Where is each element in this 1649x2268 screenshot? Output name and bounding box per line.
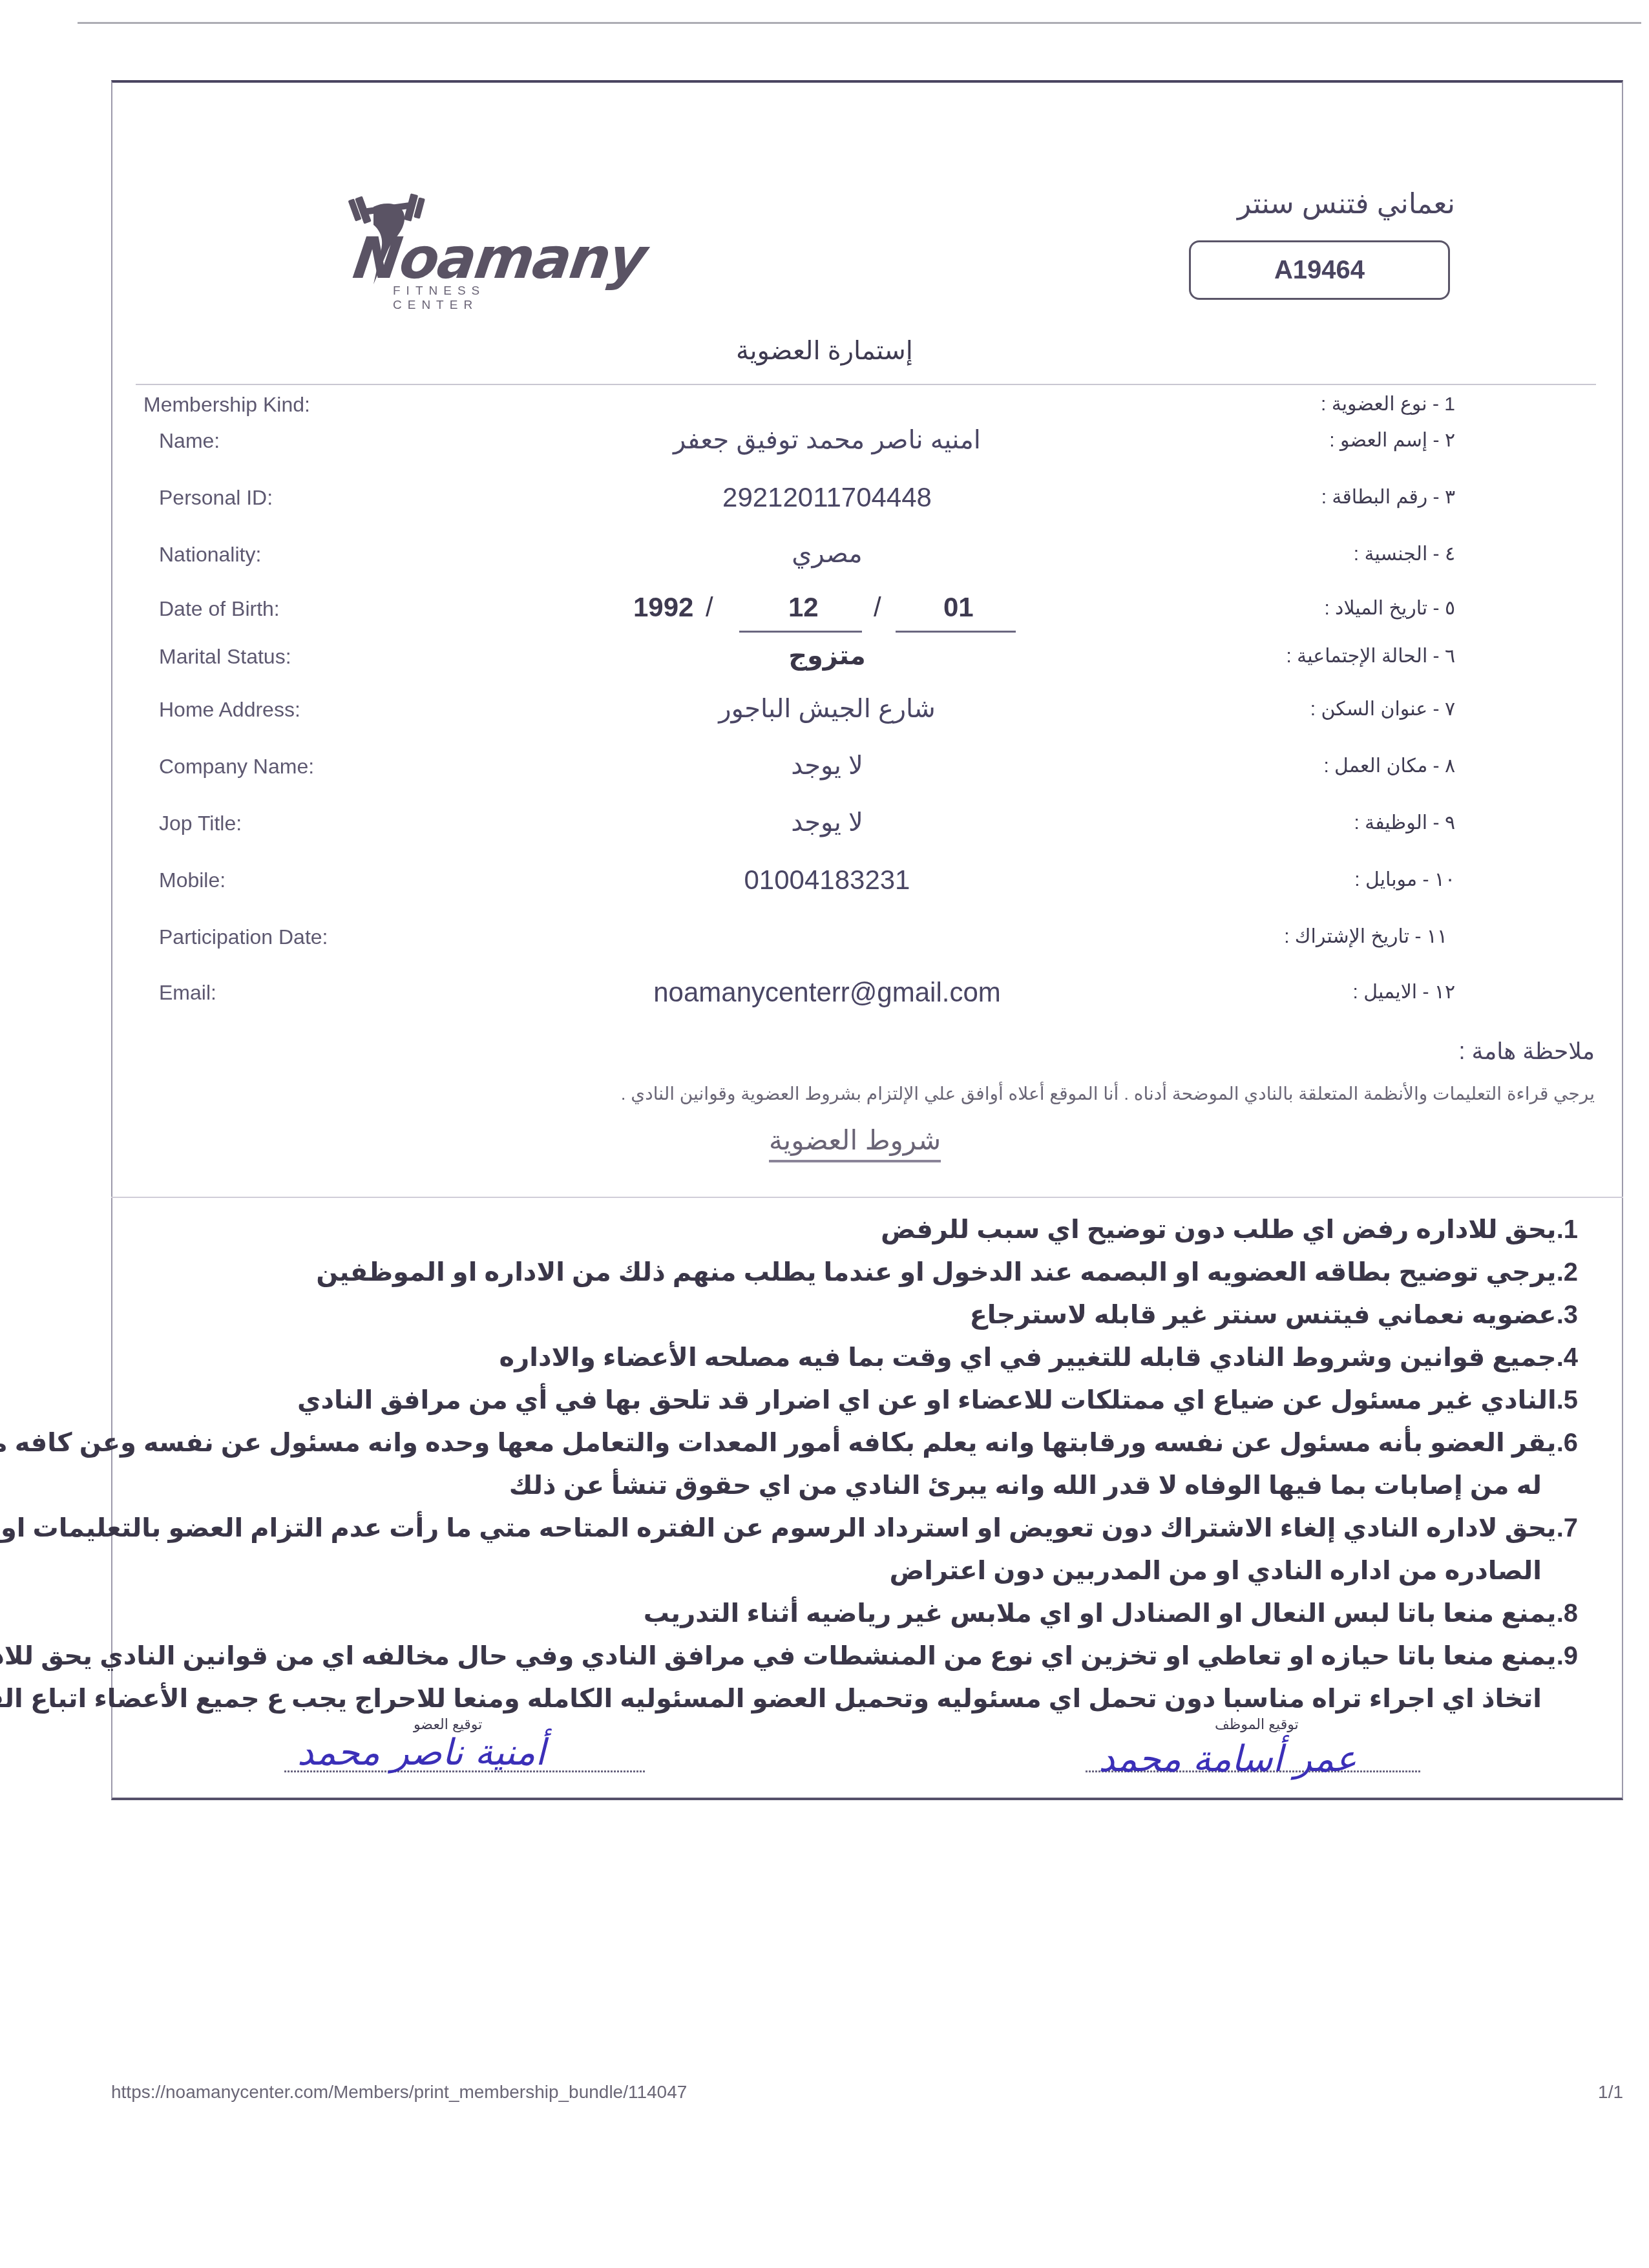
field-nationality: Nationality: مصري ٤ - الجنسية :: [0, 543, 1649, 582]
note-text: يرجي قراءة التعليمات والأنظمة المتعلقة ب…: [621, 1083, 1595, 1104]
label-en: Company Name:: [159, 755, 314, 779]
term-continuation: الصادره من اداره النادي او من المدربين د…: [92, 1549, 1578, 1592]
note-heading: ملاحظة هامة :: [1459, 1038, 1595, 1065]
label-en: Home Address:: [159, 698, 300, 722]
logo-wordmark: Noamany: [350, 225, 650, 291]
term-item: 6.يقر العضو بأنه مسئول عن نفسه ورقابتها …: [92, 1422, 1578, 1507]
label-en: Membership Kind:: [143, 393, 310, 417]
form-title: إستمارة العضوية: [0, 336, 1649, 366]
term-continuation: اتخاذ اي اجراء تراه مناسبا دون تحمل اي م…: [92, 1677, 1578, 1720]
field-marital-status: Marital Status: متزوج ٦ - الحالة الإجتما…: [0, 645, 1649, 684]
staff-signature: عمر أسامة محمد: [1098, 1738, 1357, 1780]
term-text: عضويه نعماني فيتنس سنتر غير قابله لاسترج…: [969, 1301, 1556, 1329]
label-ar: 1 - نوع العضوية :: [1321, 393, 1455, 415]
field-company-name: Company Name: لا يوجد ٨ - مكان العمل :: [0, 755, 1649, 793]
label-en: Name:: [159, 429, 220, 453]
label-ar: ٩ - الوظيفة :: [1354, 812, 1455, 834]
dob-month: 12: [788, 592, 819, 623]
term-text: النادي غير مسئول عن ضياع اي ممتلكات للاع…: [297, 1386, 1557, 1414]
term-text: يحق لاداره النادي إلغاء الاشتراك دون تعو…: [0, 1514, 1557, 1542]
terms-list: 1.يحق للاداره رفض اي طلب دون توضيح اي سب…: [92, 1208, 1578, 1720]
label-ar: ١٠ - موبايل :: [1354, 868, 1455, 891]
label-ar: ١٢ - الايميل :: [1353, 981, 1455, 1003]
term-item: 2.يرجي توضيح بطاقه العضويه او البصمه عند…: [92, 1251, 1578, 1294]
term-item: 4.جميع قوانين وشروط النادي قابله للتغيير…: [92, 1336, 1578, 1379]
member-code-box: A19464: [1189, 240, 1450, 300]
label-en: Jop Title:: [159, 812, 242, 835]
label-ar: ٤ - الجنسية :: [1354, 543, 1455, 565]
label-ar: ٦ - الحالة الإجتماعية :: [1286, 645, 1455, 667]
field-mobile: Mobile: 01004183231 ١٠ - موبايل :: [0, 868, 1649, 907]
field-personal-id: Personal ID: 29212011704448 ٣ - رقم البط…: [0, 486, 1649, 525]
label-ar: ٣ - رقم البطاقة :: [1321, 486, 1455, 509]
dob-day-line: [896, 631, 1016, 633]
label-en: Mobile:: [159, 868, 226, 892]
member-code: A19464: [1274, 256, 1365, 285]
dob-month-line: [739, 631, 862, 633]
label-ar: ٥ - تاريخ الميلاد :: [1324, 597, 1455, 620]
field-value: 01004183231: [556, 865, 1098, 896]
term-text: يرجي توضيح بطاقه العضويه او البصمه عند ا…: [316, 1258, 1556, 1286]
label-ar: ٧ - عنوان السكن :: [1310, 698, 1455, 720]
label-en: Date of Birth:: [159, 597, 280, 621]
logo-subtitle: FITNESS CENTER: [393, 284, 561, 313]
divider: [111, 1197, 1623, 1198]
field-value: امنيه ناصر محمد توفيق جعفر: [556, 425, 1098, 455]
label-ar: ٢ - إسم العضو :: [1329, 429, 1455, 452]
label-en: Personal ID:: [159, 486, 273, 510]
staff-signature-label: توقيع الموظف: [1215, 1716, 1299, 1733]
term-item: 9.يمنع منعا باتا حيازه او تعاطي او تخزين…: [92, 1635, 1578, 1720]
field-email: Email: noamanycenterr@gmail.com ١٢ - الا…: [0, 981, 1649, 1020]
field-job-title: Jop Title: لا يوجد ٩ - الوظيفة :: [0, 812, 1649, 850]
club-name-arabic: نعماني فتنس سنتر: [1237, 187, 1455, 220]
label-en: Nationality:: [159, 543, 261, 567]
field-value: noamanycenterr@gmail.com: [556, 977, 1098, 1008]
dob-year: 1992: [633, 592, 693, 623]
term-text: يقر العضو بأنه مسئول عن نفسه ورقابتها وا…: [0, 1429, 1557, 1457]
field-value: متزوج: [556, 641, 1098, 671]
label-en: Marital Status:: [159, 645, 291, 669]
field-value: لا يوجد: [556, 751, 1098, 781]
label-ar: ١١ - تاريخ الإشتراك :: [1284, 925, 1447, 948]
print-url: https://noamanycenter.com/Members/print_…: [111, 2082, 687, 2103]
term-text: يحق للاداره رفض اي طلب دون توضيح اي سبب …: [881, 1215, 1557, 1244]
field-home-address: Home Address: شارع الجيش الباجور ٧ - عنو…: [0, 698, 1649, 737]
label-en: Participation Date:: [159, 925, 328, 949]
dob-sep: /: [874, 592, 881, 623]
term-text: جميع قوانين وشروط النادي قابله للتغيير ف…: [499, 1343, 1557, 1372]
field-name: Name: امنيه ناصر محمد توفيق جعفر ٢ - إسم…: [0, 429, 1649, 468]
member-signature-label: توقيع العضو: [414, 1716, 482, 1733]
dob-sep: /: [706, 592, 713, 623]
terms-title: شروط العضوية: [769, 1124, 941, 1162]
field-value: مصري: [556, 539, 1098, 569]
label-en: Email:: [159, 981, 216, 1005]
dob-day: 01: [943, 592, 974, 623]
club-logo: Noamany FITNESS CENTER: [341, 187, 561, 304]
term-item: 3.عضويه نعماني فيتنس سنتر غير قابله لاست…: [92, 1294, 1578, 1336]
term-text: يمنع منعا باتا حيازه او تعاطي او تخزين ا…: [0, 1642, 1557, 1670]
term-item: 7.يحق لاداره النادي إلغاء الاشتراك دون ت…: [92, 1507, 1578, 1592]
field-date-of-birth: Date of Birth: 1992 / 12 / 01 ٥ - تاريخ …: [0, 597, 1649, 636]
field-value: لا يوجد: [556, 808, 1098, 837]
page-number: 1/1: [1598, 2082, 1623, 2103]
divider: [136, 384, 1596, 385]
field-participation-date: Participation Date: ١١ - تاريخ الإشتراك …: [0, 925, 1649, 964]
scan-edge-line: [78, 22, 1641, 24]
term-item: 5.النادي غير مسئول عن ضياع اي ممتلكات لل…: [92, 1379, 1578, 1422]
term-item: 1.يحق للاداره رفض اي طلب دون توضيح اي سب…: [92, 1208, 1578, 1251]
field-value: شارع الجيش الباجور: [556, 694, 1098, 724]
term-text: يمنع منعا باتا لبس النعال او الصنادل او …: [644, 1599, 1557, 1628]
term-item: 8.يمنع منعا باتا لبس النعال او الصنادل ا…: [92, 1592, 1578, 1635]
field-value: 29212011704448: [556, 482, 1098, 513]
label-ar: ٨ - مكان العمل :: [1323, 755, 1455, 777]
term-continuation: له من إصابات بما فيها الوفاه لا قدر الله…: [92, 1464, 1578, 1507]
member-signature: أمنية ناصر محمد: [297, 1732, 545, 1774]
